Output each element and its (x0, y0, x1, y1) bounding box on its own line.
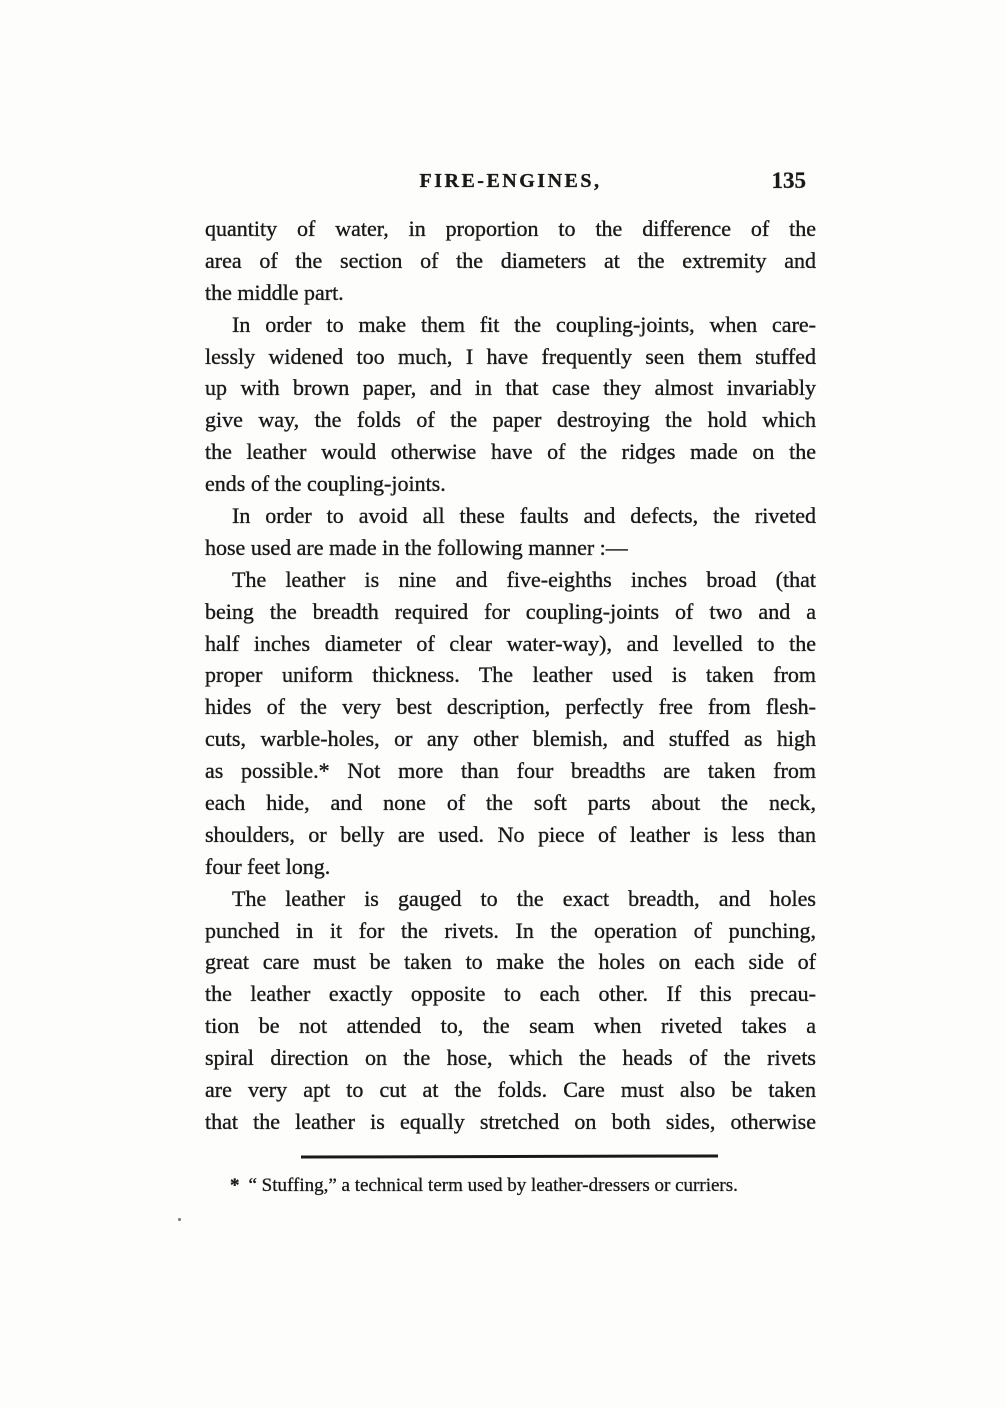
text-line: the leather would otherwise have of the … (205, 436, 816, 468)
text-line: tion be not attended to, the seam when r… (205, 1010, 816, 1042)
text-line: hose used are made in the following mann… (205, 532, 816, 564)
page-header: FIRE-ENGINES, 135 (205, 170, 816, 200)
text-line: shoulders, or belly are used. No piece o… (205, 819, 816, 851)
text-line: great care must be taken to make the hol… (205, 946, 816, 978)
text-line: proper uniform thickness. The leather us… (205, 659, 816, 691)
text-line: up with brown paper, and in that case th… (205, 372, 816, 404)
footnote-marker: * (230, 1175, 240, 1196)
text-line: half inches diameter of clear water-way)… (205, 628, 816, 660)
text-line: area of the section of the diameters at … (205, 245, 816, 277)
text-line: The leather is nine and five-eighths inc… (205, 564, 816, 596)
text-line: give way, the folds of the paper destroy… (205, 404, 816, 436)
footnote-rule (301, 1154, 718, 1158)
running-title: FIRE-ENGINES, (205, 170, 816, 193)
text-line: In order to make them fit the coupling-j… (205, 309, 816, 341)
text-line: cuts, warble-holes, or any other blemish… (205, 723, 816, 755)
book-page: FIRE-ENGINES, 135 quantity of water, in … (0, 0, 1005, 1408)
text-line: the middle part. (205, 277, 816, 309)
footnote-text: “ Stuffing,” a technical term used by le… (249, 1175, 738, 1196)
text-line: that the leather is equally stretched on… (205, 1106, 816, 1138)
text-line: The leather is gauged to the exact bread… (205, 883, 816, 915)
text-line: four feet long. (205, 851, 816, 883)
page-number: 135 (772, 168, 807, 194)
text-line: each hide, and none of the soft parts ab… (205, 787, 816, 819)
text-line: are very apt to cut at the folds. Care m… (205, 1074, 816, 1106)
text-line: the leather exactly opposite to each oth… (205, 978, 816, 1010)
text-line: ends of the coupling-joints. (205, 468, 816, 500)
text-line: punched in it for the rivets. In the ope… (205, 915, 816, 947)
text-line: hides of the very best description, perf… (205, 691, 816, 723)
text-line: spiral direction on the hose, which the … (205, 1042, 816, 1074)
text-line: lessly widened too much, I have frequent… (205, 341, 816, 373)
text-line: being the breadth required for coupling-… (205, 596, 816, 628)
body-text: quantity of water, in proportion to the … (205, 213, 816, 1138)
text-line: In order to avoid all these faults and d… (205, 500, 816, 532)
text-line: quantity of water, in proportion to the … (205, 213, 816, 245)
footnote: *“ Stuffing,” a technical term used by l… (230, 1173, 790, 1199)
text-line: as possible.* Not more than four breadth… (205, 755, 816, 787)
scan-artifact-dot (178, 1218, 181, 1221)
